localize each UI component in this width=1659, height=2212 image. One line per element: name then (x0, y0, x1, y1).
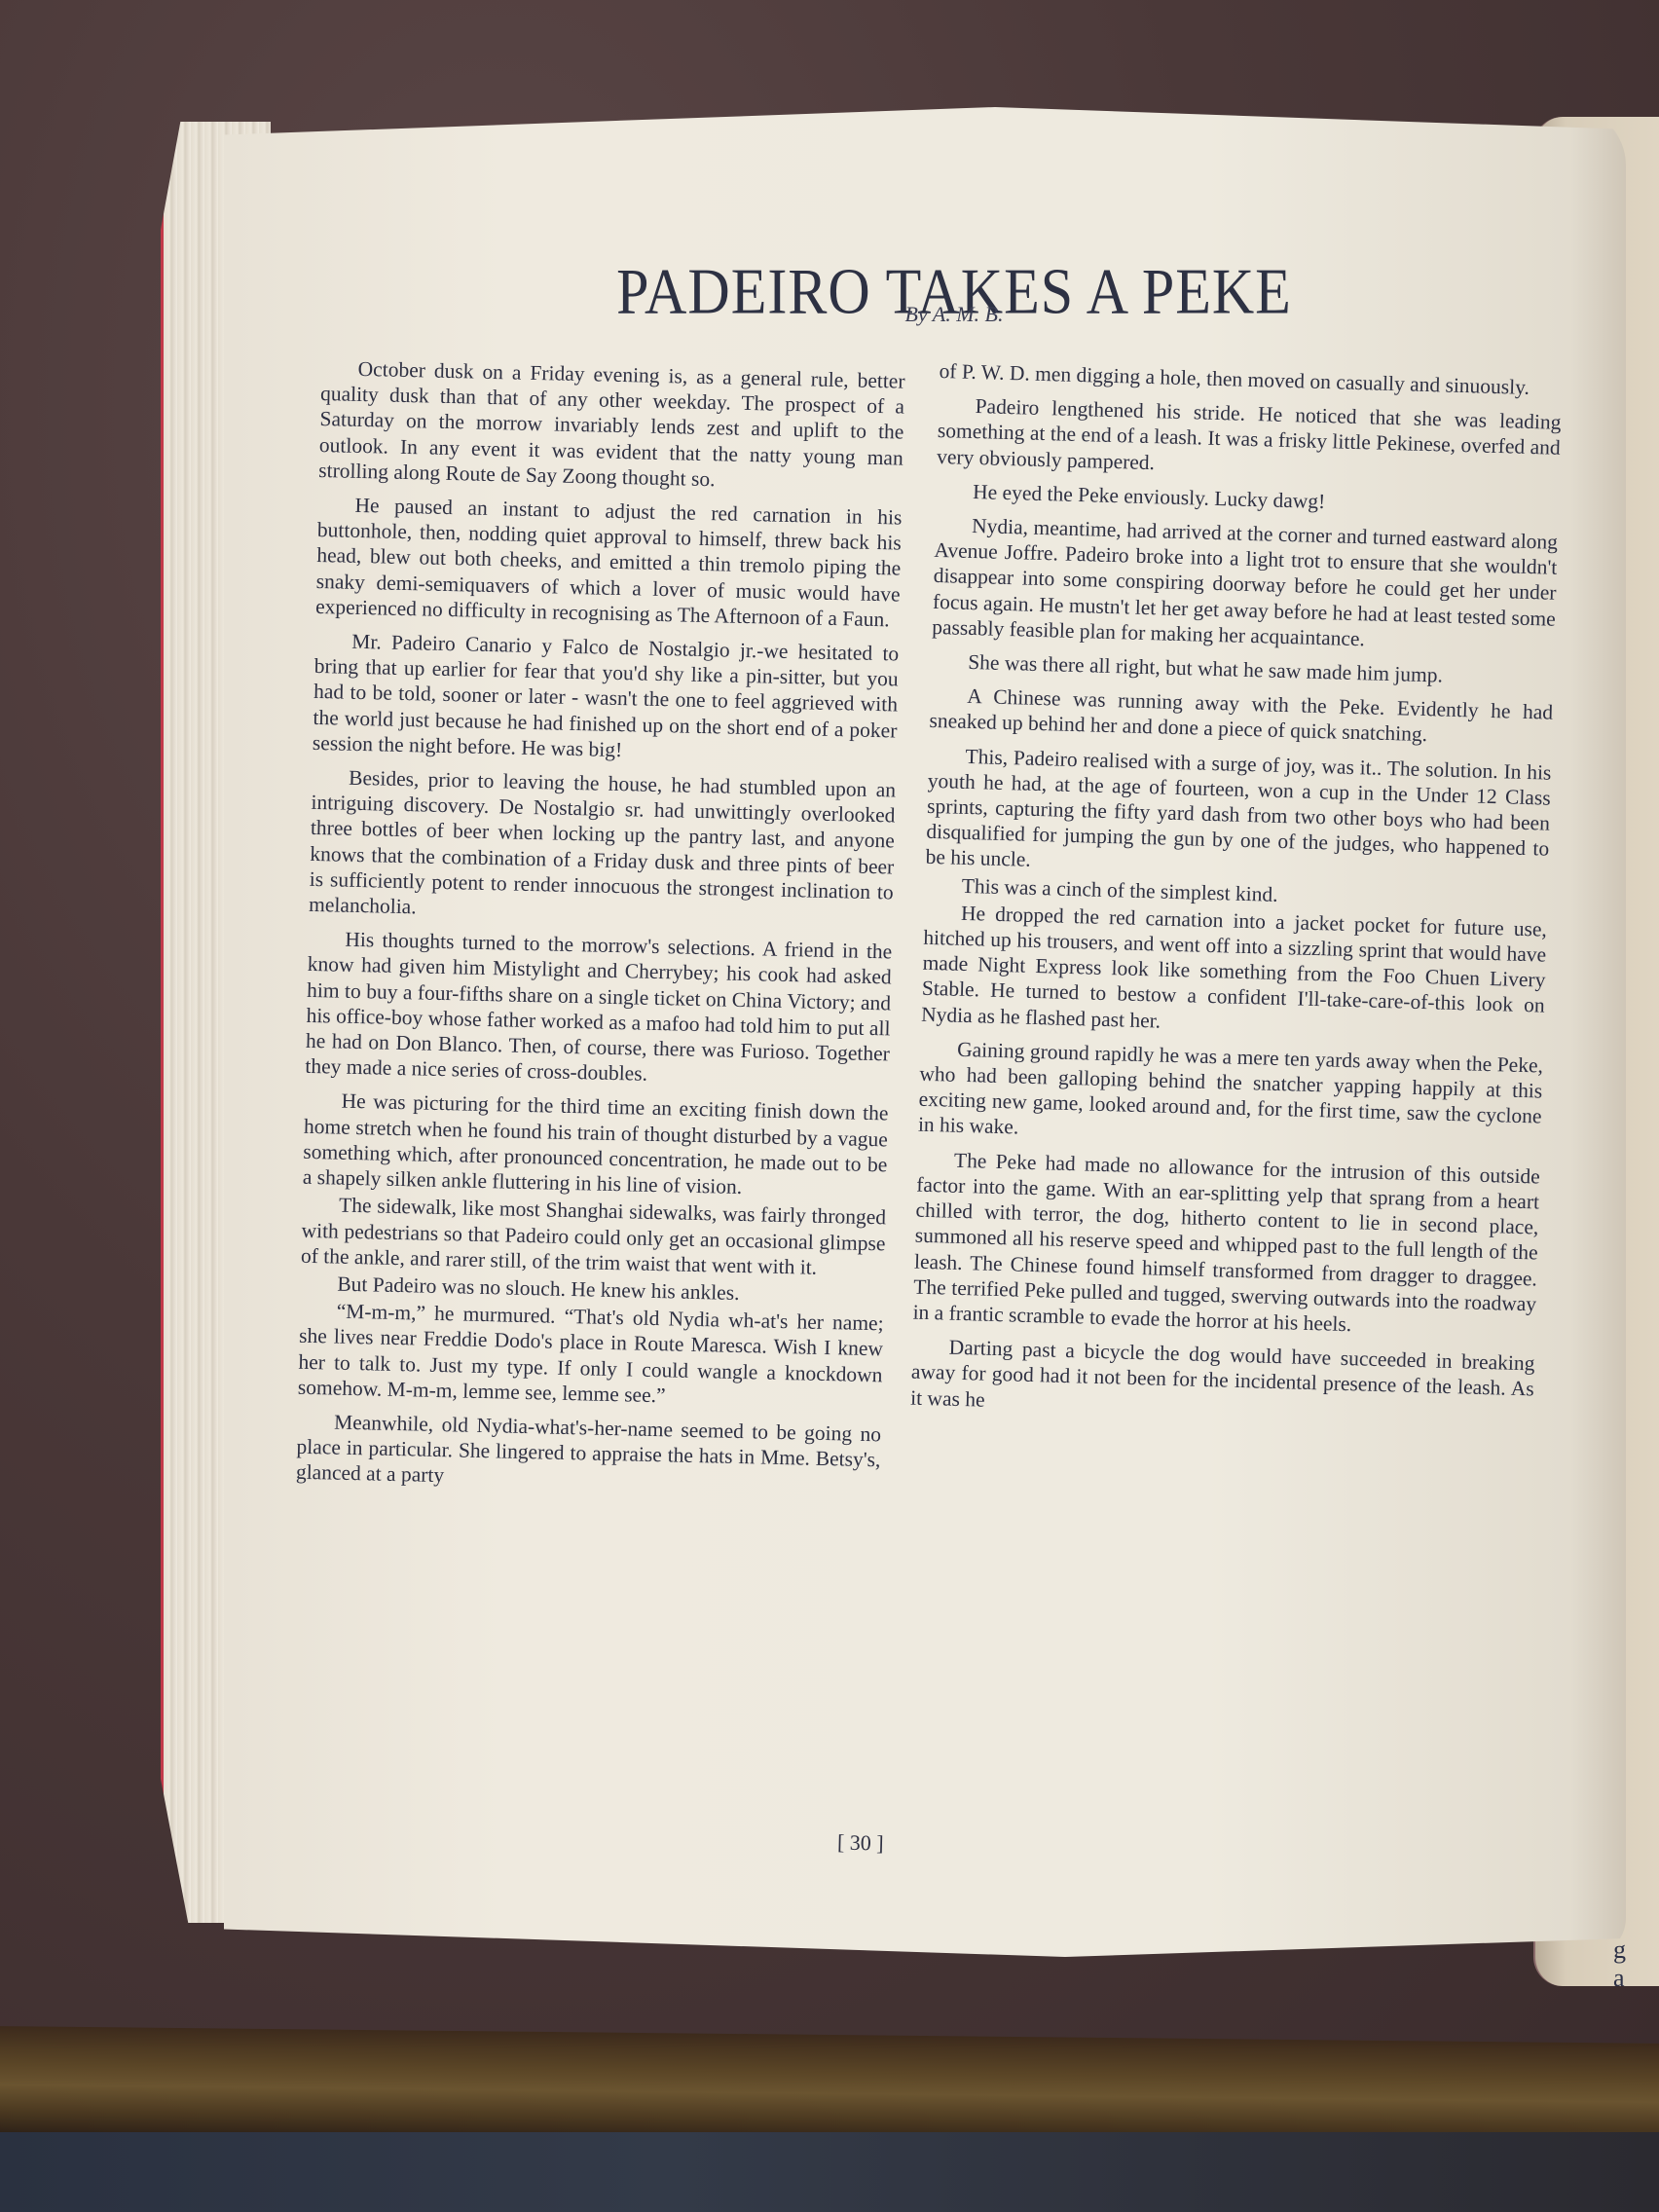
article-byline: By A. M. B. (828, 302, 1081, 327)
paragraph: Mr. Padeiro Canario y Falco de Nostalgio… (313, 628, 900, 769)
paragraph: This, Padeiro realised with a surge of j… (925, 742, 1551, 887)
paragraph: Darting past a bicycle the dog would hav… (910, 1334, 1535, 1427)
background-floor (0, 2132, 1659, 2212)
paragraph: Gaining ground rapidly he was a mere ten… (918, 1036, 1544, 1156)
paragraph: His thoughts turned to the morrow's sele… (305, 926, 892, 1092)
paragraph: Padeiro lengthened his stride. He notice… (937, 392, 1562, 486)
paragraph: “M-m-m,” he murmured. “That's old Nydia … (298, 1298, 884, 1413)
paragraph: October dusk on a Friday evening is, as … (318, 355, 905, 497)
paragraph: The sidewalk, like most Shanghai sidewal… (301, 1192, 887, 1281)
paragraph: The Peke had made no allowance for the i… (912, 1146, 1540, 1342)
paragraph: He paused an instant to adjust the red c… (315, 492, 903, 633)
page-number: [ 30 ] (837, 1829, 884, 1856)
paragraph: He was picturing for the third time an e… (303, 1088, 889, 1202)
left-text-column: October dusk on a Friday evening is, as … (295, 355, 904, 1507)
paragraph: A Chinese was running away with the Peke… (929, 682, 1553, 751)
paragraph: Nydia, meantime, had arrived at the corn… (932, 512, 1558, 657)
paragraph: Meanwhile, old Nydia-what's-her-name see… (296, 1409, 882, 1498)
paragraph: Besides, prior to leaving the house, he … (309, 764, 896, 931)
paragraph: He dropped the red carnation into a jack… (921, 900, 1547, 1045)
right-text-column: of P. W. D. men digging a hole, then mov… (910, 358, 1563, 1436)
